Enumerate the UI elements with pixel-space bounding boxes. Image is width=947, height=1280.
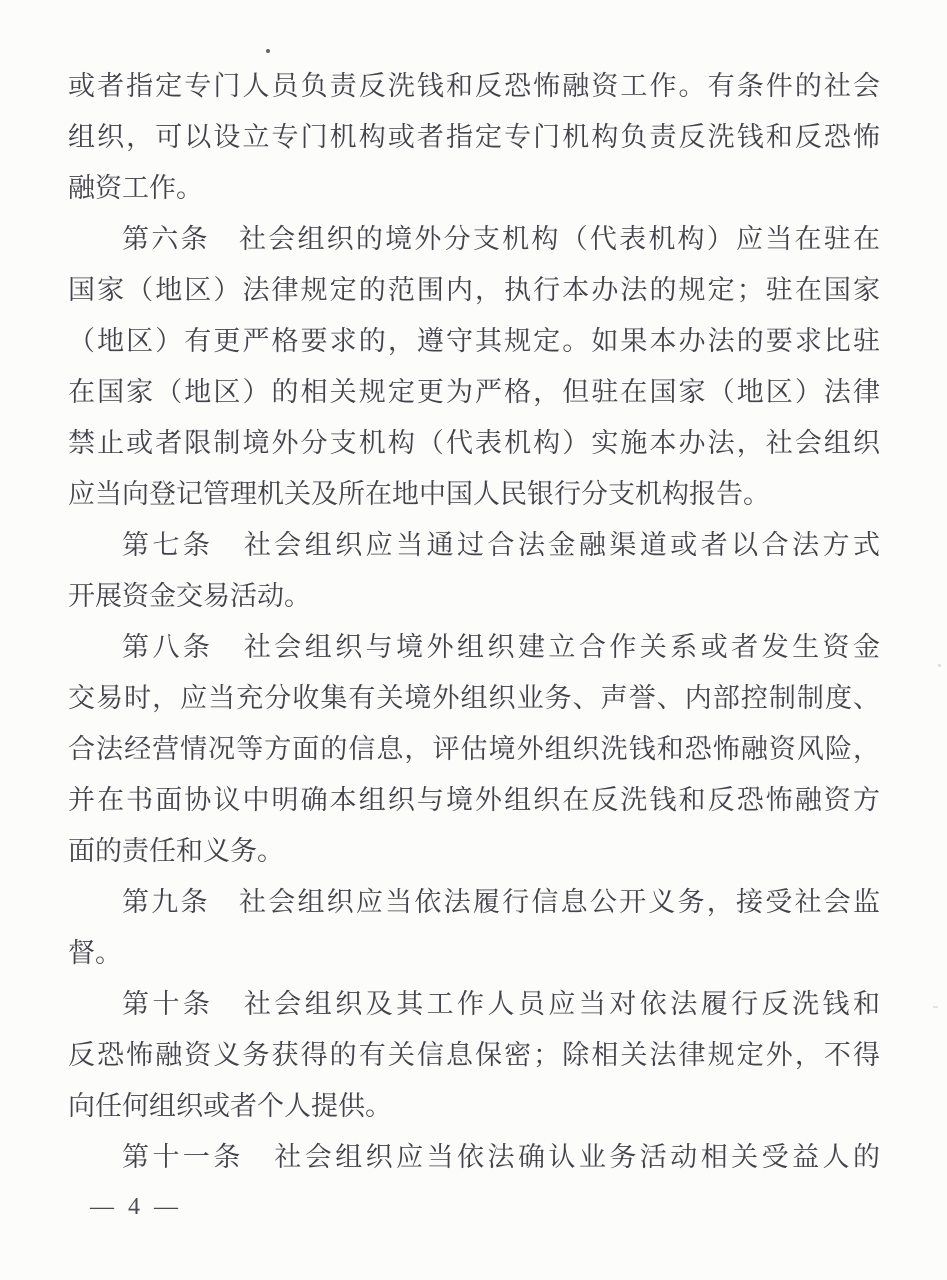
scan-speck — [933, 1006, 938, 1008]
text-line: 应当向登记管理机关及所在地中国人民银行分支机构报告。 — [68, 469, 880, 520]
document-body: 或者指定专门人员负责反洗钱和反恐怖融资工作。有条件的社会 组织，可以设立专门机构… — [68, 61, 880, 1183]
text-line: 或者指定专门人员负责反洗钱和反恐怖融资工作。有条件的社会 — [68, 61, 880, 112]
text-line: 开展资金交易活动。 — [68, 571, 880, 622]
text-line: 面的责任和义务。 — [68, 826, 880, 877]
text-line: 并在书面协议中明确本组织与境外组织在反洗钱和反恐怖融资方 — [68, 775, 880, 826]
document-page: 或者指定专门人员负责反洗钱和反恐怖融资工作。有条件的社会 组织，可以设立专门机构… — [0, 0, 947, 1280]
text-line: 交易时，应当充分收集有关境外组织业务、声誉、内部控制制度、 — [68, 673, 880, 724]
text-line: 第十一条 社会组织应当依法确认业务活动相关受益人的 — [68, 1132, 880, 1183]
ink-dot-artifact — [266, 49, 270, 53]
text-line: 向任何组织或者个人提供。 — [68, 1081, 880, 1132]
page-footer: — 4 — — [90, 1190, 182, 1224]
text-line: 合法经营情况等方面的信息，评估境外组织洗钱和恐怖融资风险， — [68, 724, 880, 775]
text-line: 在国家（地区）的相关规定更为严格，但驻在国家（地区）法律 — [68, 367, 880, 418]
page-number: — 4 — — [90, 1194, 182, 1220]
text-line: 反恐怖融资义务获得的有关信息保密；除相关法律规定外，不得 — [68, 1030, 880, 1081]
text-line: 组织，可以设立专门机构或者指定专门机构负责反洗钱和反恐怖 — [68, 112, 880, 163]
text-line: （地区）有更严格要求的，遵守其规定。如果本办法的要求比驻 — [68, 316, 880, 367]
text-line: 禁止或者限制境外分支机构（代表机构）实施本办法，社会组织 — [68, 418, 880, 469]
text-line: 第六条 社会组织的境外分支机构（代表机构）应当在驻在 — [68, 214, 880, 265]
text-line: 第七条 社会组织应当通过合法金融渠道或者以合法方式 — [68, 520, 880, 571]
text-line: 第九条 社会组织应当依法履行信息公开义务，接受社会监 — [68, 877, 880, 928]
text-line: 国家（地区）法律规定的范围内，执行本办法的规定；驻在国家 — [68, 265, 880, 316]
text-line: 第八条 社会组织与境外组织建立合作关系或者发生资金 — [68, 622, 880, 673]
text-line: 第十条 社会组织及其工作人员应当对依法履行反洗钱和 — [68, 979, 880, 1030]
scan-speck — [938, 664, 941, 667]
text-line: 督。 — [68, 928, 880, 979]
text-line: 融资工作。 — [68, 163, 880, 214]
